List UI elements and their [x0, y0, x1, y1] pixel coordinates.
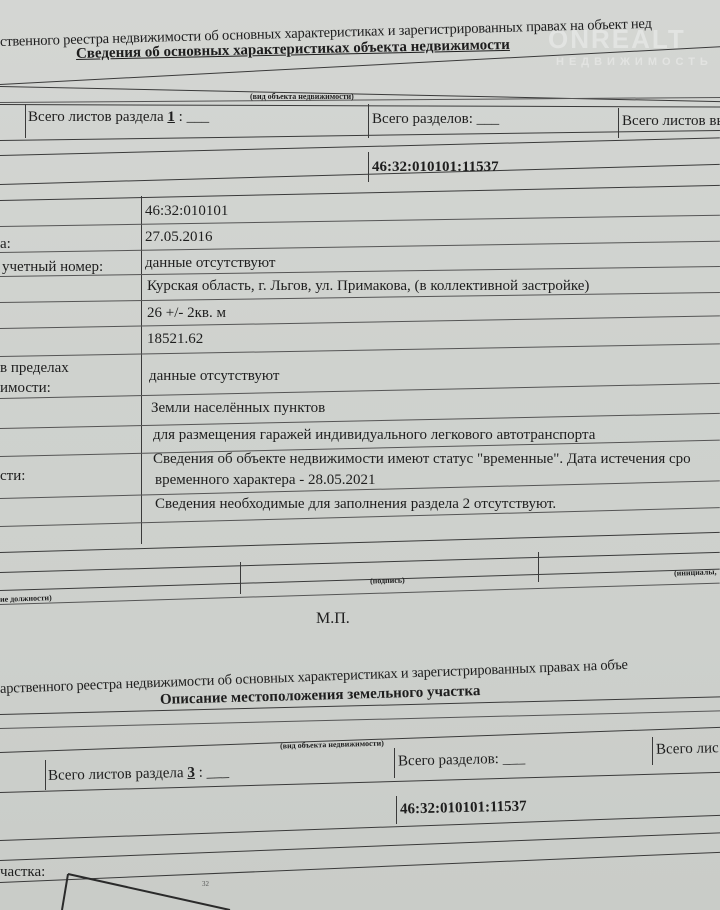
row-value-status: Сведения об объекте недвижимости имеют с…: [153, 451, 691, 468]
sheet-1-object-type-caption: (вид объекта недвижимости): [250, 92, 354, 101]
row-label-cont: имости:: [0, 380, 51, 397]
row-value-objects-within: данные отсутствуют: [149, 368, 279, 385]
section-number: 1: [167, 109, 175, 125]
position-caption: ие должности): [0, 593, 52, 604]
sheet-2-total-sections: Всего разделов: ___: [398, 750, 526, 770]
sheet-2-sheets-in-section: Всего листов раздела 3 : ___: [48, 764, 229, 785]
total-sections-label: Всего разделов:: [372, 111, 473, 127]
sheet-1-total-sections: Всего разделов: ___: [372, 111, 499, 128]
row-label: сти:: [0, 468, 25, 485]
row-label: учетный номер:: [2, 259, 103, 276]
sheet-1-cadastral-number: 46:32:010101:11537: [372, 159, 499, 176]
total-sections-value: ___: [502, 750, 525, 767]
row-value-area: 26 +/- 2кв. м: [147, 305, 226, 322]
stamp-placeholder: М.П.: [316, 610, 350, 628]
row-value-status-cont: временного характера - 28.05.2021: [155, 472, 376, 489]
watermark-subtitle: НЕДВИЖИМОСТЬ: [556, 56, 713, 68]
sheets-in-section-label: Всего листов раздела: [28, 109, 164, 125]
plot-plan-drawing: [0, 870, 720, 910]
row-label: в пределах: [0, 360, 69, 377]
sheets-in-section-value: ___: [187, 109, 210, 125]
sheet-1-sheets-in-section: Всего листов раздела 1 : ___: [28, 109, 209, 126]
row-value-permitted-use: для размещения гаражей индивидуального л…: [153, 427, 595, 444]
section-number: 3: [187, 765, 195, 781]
row-value-prev-number: данные отсутствуют: [145, 255, 275, 272]
row-value-special-notes: Сведения необходимые для заполнения разд…: [155, 496, 556, 513]
signature-caption: (подпись): [370, 576, 405, 586]
sheets-in-section-label: Всего листов раздела: [48, 765, 184, 784]
total-sections-value: ___: [477, 111, 500, 127]
row-value-land-category: Земли населённых пунктов: [151, 400, 325, 417]
sheet-2-cadastral-number: 46:32:010101:11537: [400, 798, 527, 818]
sheet-1-total-sheets: Всего листов вы: [622, 113, 720, 130]
sheet-2-total-sheets: Всего лис: [656, 740, 719, 759]
row-value-cadastral-value: 18521.62: [147, 331, 203, 348]
row-value-quarter: 46:32:010101: [145, 203, 228, 220]
initials-caption: (инициалы,: [674, 567, 717, 577]
sheet-2-object-type-caption: (вид объекта недвижимости): [280, 739, 384, 751]
row-label: а:: [0, 236, 11, 253]
row-value-date: 27.05.2016: [145, 229, 213, 246]
row-value-address: Курская область, г. Льгов, ул. Примакова…: [147, 278, 589, 295]
plan-point-mark: 32: [202, 880, 209, 888]
sheets-in-section-value: ___: [206, 764, 229, 780]
total-sections-label: Всего разделов:: [398, 751, 499, 769]
